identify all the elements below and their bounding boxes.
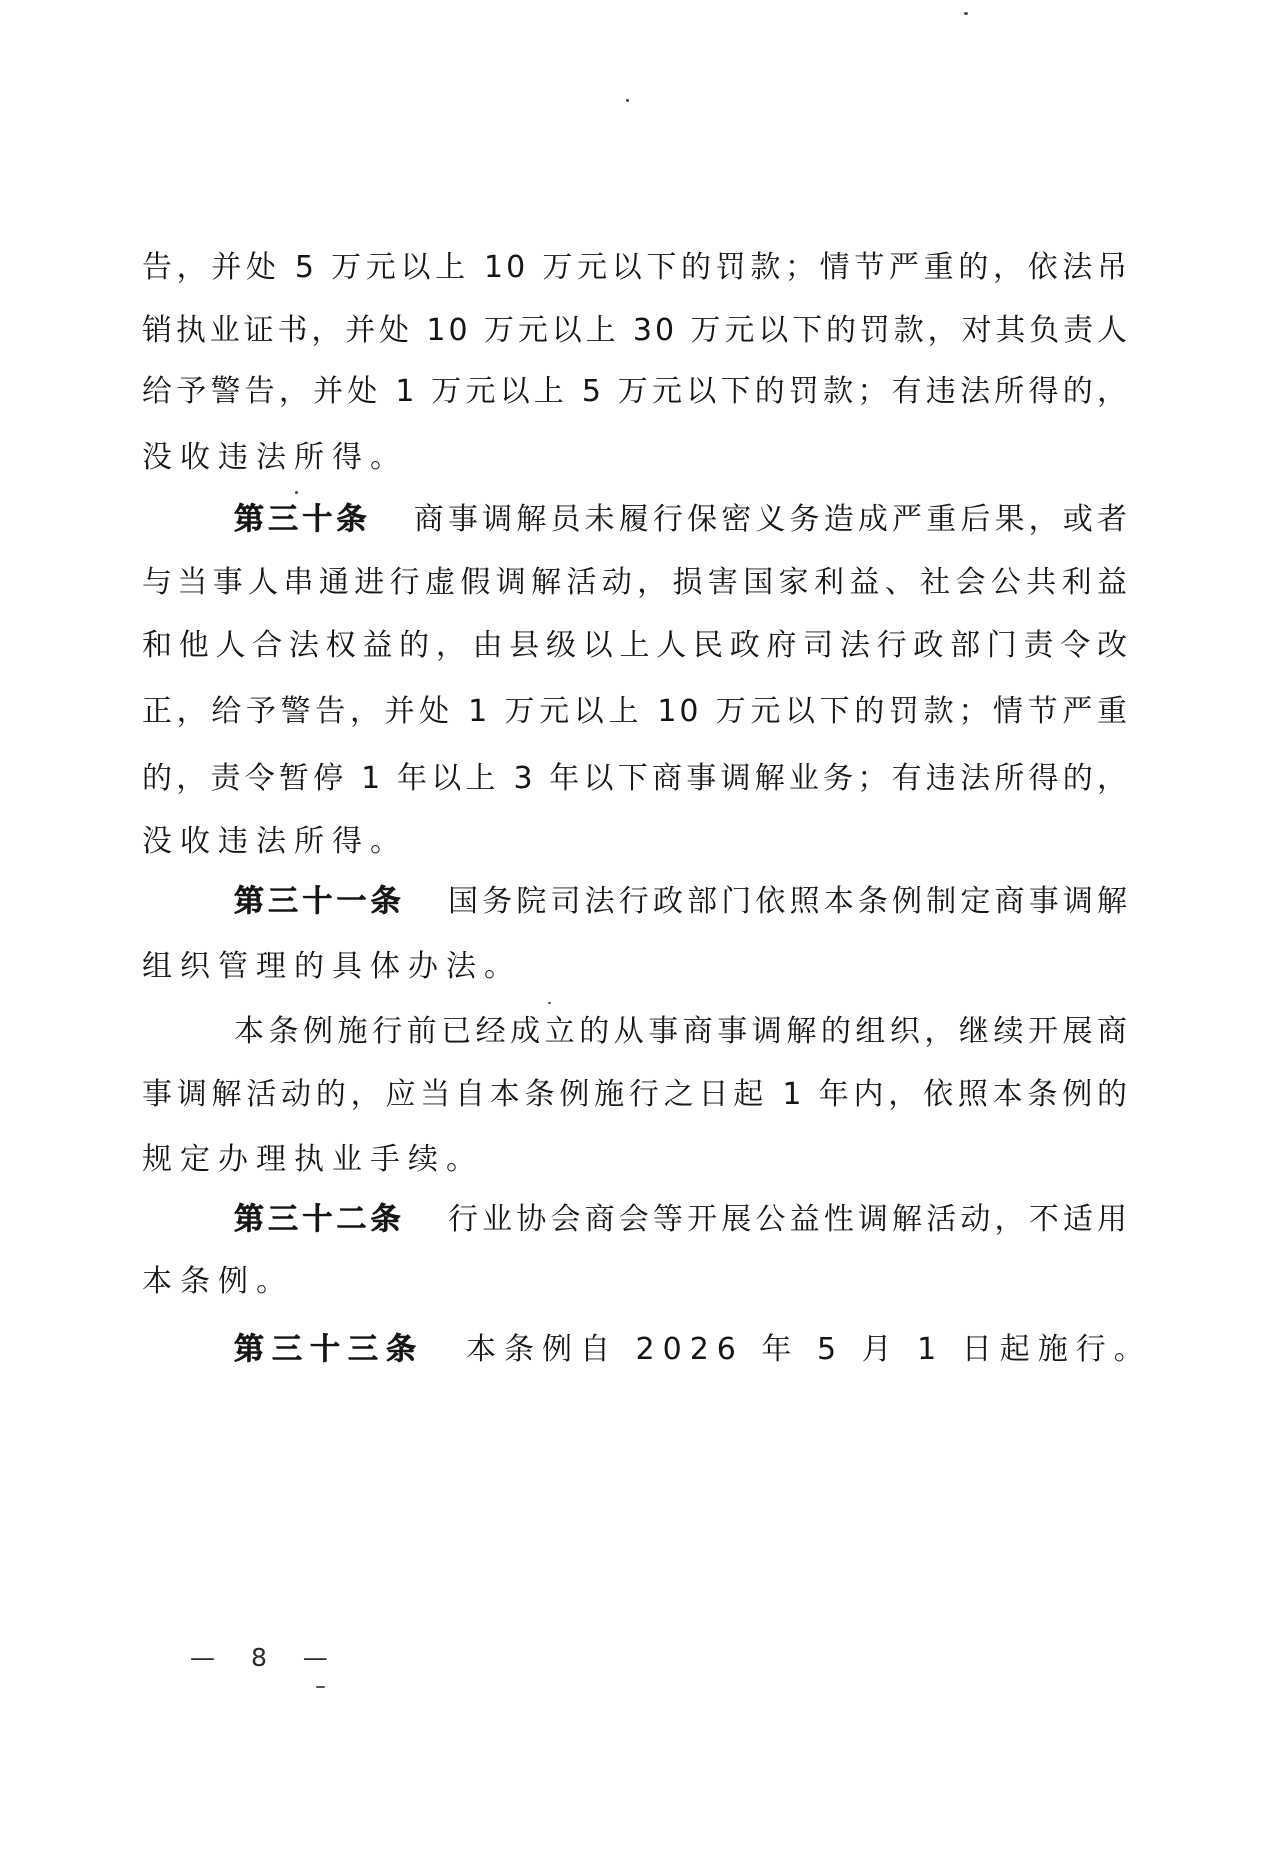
line-text: 没收违法所得。	[142, 824, 408, 859]
line-text: 本条例施行前已经成立的从事商事调解的组织，继续开展商	[234, 1014, 1130, 1049]
text-line: 没收违法所得。	[142, 439, 1130, 477]
text-line: 规定办理执业手续。	[142, 1141, 1130, 1179]
text-line: 本条例施行前已经成立的从事商事调解的组织，继续开展商	[142, 1013, 1130, 1051]
line-text: 销执业证书，并处 10 万元以上 30 万元以下的罚款，对其负责人	[142, 313, 1130, 348]
line-text: 组织管理的具体办法。	[142, 949, 522, 984]
line-text: 和他人合法权益的，由县级以上人民政府司法行政部门责令改	[142, 628, 1130, 663]
text-line: 销执业证书，并处 10 万元以上 30 万元以下的罚款，对其负责人	[142, 312, 1130, 350]
article-number: 第三十三条	[234, 1332, 424, 1367]
article-number: 第三十条	[234, 502, 371, 537]
text-line: 的，责令暂停 1 年以上 3 年以下商事调解业务；有违法所得的，	[142, 760, 1130, 798]
text-line: 给予警告，并处 1 万元以上 5 万元以下的罚款；有违法所得的，	[142, 373, 1130, 411]
text-line: 告，并处 5 万元以上 10 万元以下的罚款；情节严重的，依法吊	[142, 249, 1130, 287]
line-text: 的，责令暂停 1 年以上 3 年以下商事调解业务；有违法所得的，	[142, 761, 1130, 796]
article-number: 第三十一条	[234, 884, 405, 919]
line-text: 正，给予警告，并处 1 万元以上 10 万元以下的罚款；情节严重	[142, 694, 1130, 729]
line-text: 与当事人串通进行虚假调解活动，损害国家利益、社会公共利益	[142, 565, 1130, 600]
text-line: 第三十一条国务院司法行政部门依照本条例制定商事调解	[142, 883, 1130, 921]
article-number: 第三十二条	[234, 1202, 405, 1237]
line-text: 商事调解员未履行保密义务造成严重后果，或者	[413, 502, 1130, 537]
scan-speck	[964, 12, 968, 15]
text-line: 第三十二条行业协会商会等开展公益性调解活动，不适用	[142, 1201, 1130, 1239]
text-line: 事调解活动的，应当自本条例施行之日起 1 年内，依照本条例的	[142, 1076, 1130, 1114]
line-text: 事调解活动的，应当自本条例施行之日起 1 年内，依照本条例的	[142, 1077, 1130, 1112]
scan-speck	[295, 491, 298, 494]
text-line: 组织管理的具体办法。	[142, 948, 1130, 986]
body-text: 告，并处 5 万元以上 10 万元以下的罚款；情节严重的，依法吊 销执业证书，并…	[142, 0, 1130, 1850]
line-text: 国务院司法行政部门依照本条例制定商事调解	[447, 884, 1130, 919]
document-page: 告，并处 5 万元以上 10 万元以下的罚款；情节严重的，依法吊 销执业证书，并…	[0, 0, 1280, 1850]
scan-speck	[626, 99, 629, 102]
line-text: 告，并处 5 万元以上 10 万元以下的罚款；情节严重的，依法吊	[142, 250, 1130, 285]
text-line: 和他人合法权益的，由县级以上人民政府司法行政部门责令改	[142, 627, 1130, 665]
text-line: 正，给予警告，并处 1 万元以上 10 万元以下的罚款；情节严重	[142, 693, 1130, 731]
text-line: 没收违法所得。	[142, 823, 1130, 861]
text-line: 第三十条商事调解员未履行保密义务造成严重后果，或者	[142, 501, 1130, 539]
text-line: 本条例。	[142, 1263, 1130, 1301]
page-number: — 8 —	[190, 1643, 342, 1672]
text-line: 与当事人串通进行虚假调解活动，损害国家利益、社会公共利益	[142, 564, 1130, 602]
line-text: 本条例自 2026 年 5 月 1 日起施行。	[466, 1332, 1152, 1367]
text-line: 第三十三条本条例自 2026 年 5 月 1 日起施行。	[142, 1331, 1130, 1369]
scan-speck	[316, 1686, 325, 1688]
scan-speck	[548, 1002, 551, 1004]
line-text: 行业协会商会等开展公益性调解活动，不适用	[447, 1202, 1130, 1237]
line-text: 本条例。	[142, 1264, 294, 1299]
line-text: 没收违法所得。	[142, 440, 408, 475]
line-text: 给予警告，并处 1 万元以上 5 万元以下的罚款；有违法所得的，	[142, 374, 1130, 409]
line-text: 规定办理执业手续。	[142, 1142, 484, 1177]
